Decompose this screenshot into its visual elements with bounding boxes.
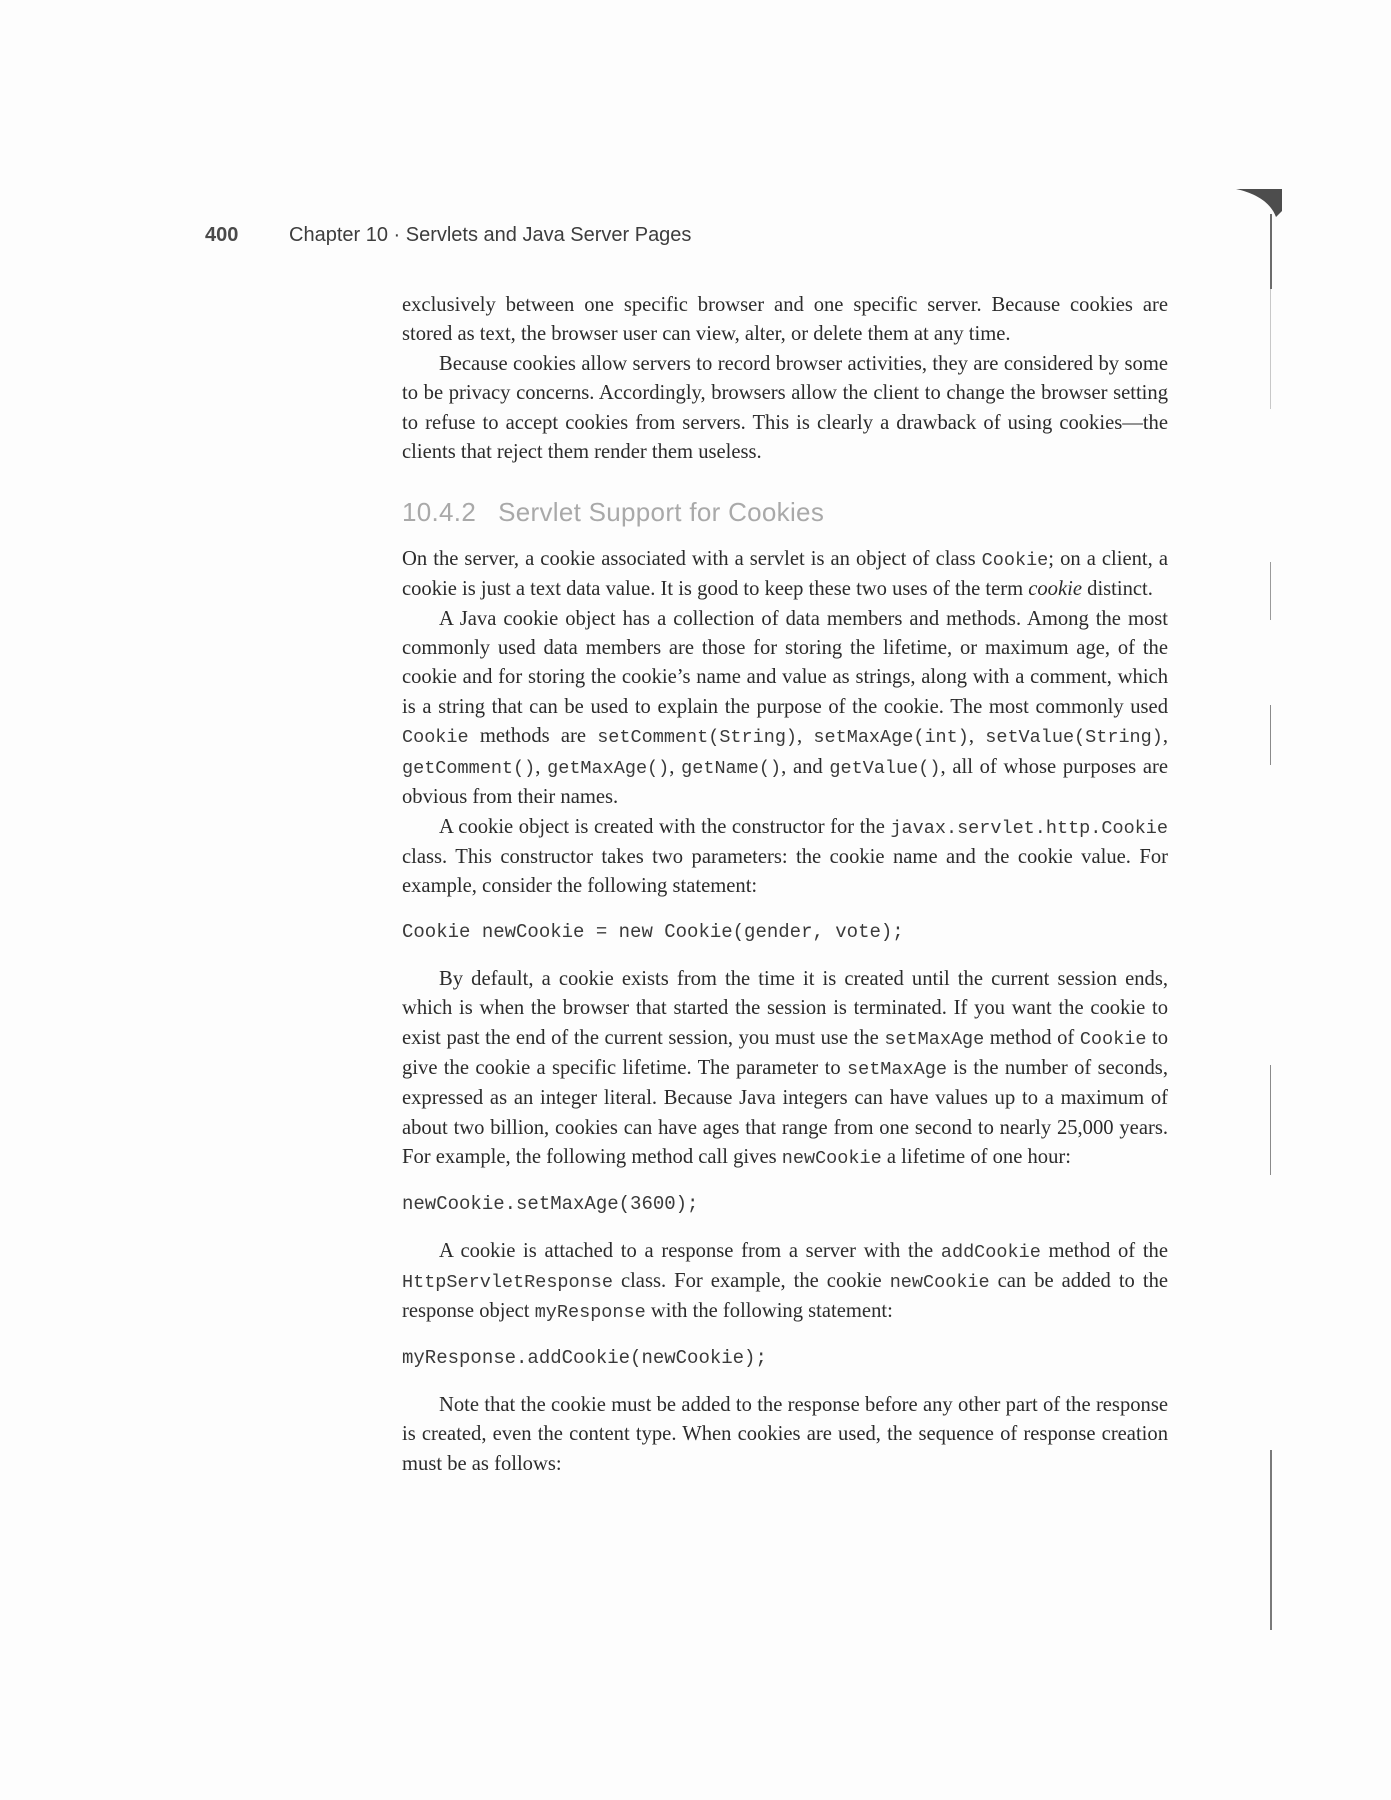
- text-run: method of: [984, 1027, 1080, 1049]
- inline-code: HttpServletResponse: [402, 1272, 613, 1293]
- inline-code: addCookie: [941, 1242, 1041, 1263]
- paragraph: By default, a cookie exists from the tim…: [402, 965, 1168, 1174]
- page-number: 400: [205, 224, 289, 247]
- inline-code: getMaxAge(): [547, 758, 669, 779]
- text-run: a lifetime of one hour:: [882, 1146, 1071, 1168]
- inline-code: setMaxAge: [847, 1059, 947, 1080]
- text-run: ,: [669, 756, 681, 778]
- inline-code: getName(): [681, 758, 781, 779]
- inline-code: getValue(): [829, 758, 940, 779]
- page-edge-line-faint: [1270, 289, 1271, 409]
- code-block: Cookie newCookie = new Cookie(gender, vo…: [402, 918, 1168, 947]
- inline-code: Cookie: [402, 727, 469, 748]
- paragraph: On the server, a cookie associated with …: [402, 545, 1168, 605]
- page-header: 400Chapter 10 · Servlets and Java Server…: [205, 224, 691, 247]
- code-block: myResponse.addCookie(newCookie);: [402, 1344, 1168, 1373]
- text-run: , and: [781, 756, 829, 778]
- page-edge-line: [1270, 1450, 1272, 1630]
- body-text: exclusively between one specific browser…: [402, 291, 1168, 1479]
- text-run: On the server, a cookie associated with …: [402, 548, 982, 570]
- text-run: A cookie is attached to a response from …: [439, 1240, 941, 1262]
- paragraph: exclusively between one specific browser…: [402, 291, 1168, 350]
- text-run: A Java cookie object has a collection of…: [402, 608, 1168, 718]
- text-run: ,: [969, 725, 985, 747]
- page-edge-line: [1270, 1065, 1271, 1175]
- section-number: 10.4.2: [402, 497, 476, 527]
- text-run: A cookie object is created with the cons…: [439, 816, 890, 838]
- paragraph: A cookie object is created with the cons…: [402, 813, 1168, 902]
- inline-code: setMaxAge: [884, 1029, 984, 1050]
- text-run: method of the: [1041, 1240, 1168, 1262]
- inline-code: Cookie: [1080, 1029, 1147, 1050]
- inline-code: setComment(String): [597, 727, 797, 748]
- inline-code: setMaxAge(int): [813, 727, 968, 748]
- paragraph: A Java cookie object has a collection of…: [402, 605, 1168, 813]
- paragraph: Note that the cookie must be added to th…: [402, 1391, 1168, 1479]
- text-run: with the following statement:: [646, 1300, 893, 1322]
- page-edge-line: [1270, 214, 1272, 289]
- text-run: distinct.: [1082, 578, 1153, 600]
- text-run: class. For example, the cookie: [613, 1270, 890, 1292]
- section-title: Servlet Support for Cookies: [498, 497, 824, 527]
- page-edge-line: [1270, 705, 1271, 765]
- inline-code: Cookie: [982, 550, 1049, 571]
- inline-code: setValue(String): [985, 727, 1163, 748]
- emphasis: cookie: [1028, 578, 1082, 600]
- inline-code: newCookie: [890, 1272, 990, 1293]
- page-edge-line: [1270, 562, 1271, 620]
- section-heading: 10.4.2Servlet Support for Cookies: [402, 498, 1168, 527]
- inline-code: myResponse: [535, 1302, 646, 1323]
- text-run: ,: [535, 756, 547, 778]
- text-run: class. This constructor takes two parame…: [402, 846, 1168, 897]
- paragraph: A cookie is attached to a response from …: [402, 1237, 1168, 1328]
- inline-code: getComment(): [402, 758, 535, 779]
- inline-code: newCookie: [782, 1148, 882, 1169]
- page-corner-mark-icon: [1236, 187, 1284, 217]
- text-run: ,: [797, 725, 813, 747]
- paragraph: Because cookies allow servers to record …: [402, 350, 1168, 468]
- inline-code: javax.servlet.http.Cookie: [890, 818, 1168, 839]
- code-block: newCookie.setMaxAge(3600);: [402, 1190, 1168, 1219]
- text-run: methods are: [469, 725, 598, 747]
- text-run: ,: [1163, 725, 1168, 747]
- running-title: Chapter 10 · Servlets and Java Server Pa…: [289, 224, 691, 246]
